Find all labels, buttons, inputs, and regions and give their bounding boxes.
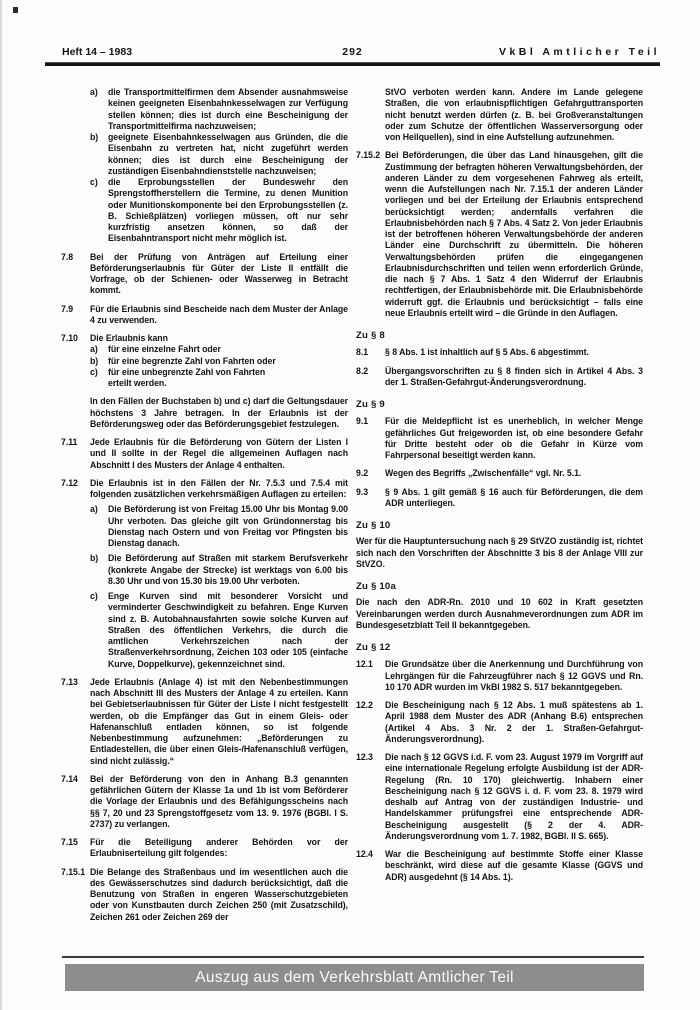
footer-rule bbox=[62, 956, 644, 958]
section-number: 7.10 bbox=[61, 333, 90, 389]
list-item-label: a) bbox=[90, 504, 108, 549]
list-item: b) geeignete Eisenbahnkesselwagen aus Gr… bbox=[90, 132, 348, 177]
list-item: c) Enge Kurven sind mit besonderer Vorsi… bbox=[90, 591, 348, 670]
section-number: 12.3 bbox=[356, 752, 385, 842]
section-number: 7.8 bbox=[61, 252, 90, 297]
note-paragraph: In den Fällen der Buchstaben b) und c) d… bbox=[90, 396, 348, 430]
continuation-paragraph: StVO verboten werden kann. Andere im Lan… bbox=[385, 87, 643, 143]
section-text-tail: erteilt werden. bbox=[108, 378, 348, 389]
section-item-7-15-1: 7.15.1 Die Belange des Straßenbaus und i… bbox=[61, 867, 348, 923]
scan-edge-shadow bbox=[0, 0, 2, 1010]
section-number: 9.1 bbox=[356, 416, 385, 461]
section-number: 7.15.2 bbox=[356, 150, 385, 319]
section-item-9-2: 9.2 Wegen des Begriffs „Zwischenfälle“ v… bbox=[356, 468, 643, 479]
section-text: Wegen des Begriffs „Zwischenfälle“ vgl. … bbox=[385, 468, 643, 479]
section-body: Die Erlaubnis kann a) für eine einzelne … bbox=[90, 333, 348, 389]
section-number: 8.2 bbox=[356, 366, 385, 389]
section-item-7-10: 7.10 Die Erlaubnis kann a) für eine einz… bbox=[61, 333, 348, 389]
list-item: a) für eine einzelne Fahrt oder bbox=[90, 344, 348, 355]
section-number: 7.15 bbox=[61, 837, 90, 860]
list-item-text: geeignete Eisenbahnkesselwagen aus Gründ… bbox=[108, 132, 348, 177]
section-text: Bei der Prüfung von Anträgen auf Erteilu… bbox=[90, 252, 348, 297]
section-item-7-12: 7.12 Die Erlaubnis ist in den Fällen der… bbox=[61, 478, 348, 670]
section-text: Jede Erlaubnis für die Beförderung von G… bbox=[90, 437, 348, 471]
heading-zu-par-12: Zu § 12 bbox=[356, 642, 643, 653]
section-item-12-3: 12.3 Die nach § 12 GGVS i.d. F. vom 23. … bbox=[356, 752, 643, 842]
heading-zu-par-10a: Zu § 10a bbox=[356, 581, 643, 592]
section-item-9-1: 9.1 Für die Meldepflicht ist es unerhebl… bbox=[356, 416, 643, 461]
section-number: 12.4 bbox=[356, 849, 385, 883]
list-item-text: Enge Kurven sind mit besonderer Vorsicht… bbox=[108, 591, 348, 670]
list-item-label: b) bbox=[90, 132, 108, 177]
list-item-text: für eine begrenzte Zahl von Fahrten oder bbox=[108, 356, 348, 367]
list-item-label: c) bbox=[90, 367, 108, 378]
section-text: Die Erlaubnis ist in den Fällen der Nr. … bbox=[90, 478, 348, 501]
footer-banner: Auszug aus dem Verkehrsblatt Amtlicher T… bbox=[65, 964, 644, 991]
section-text: Für die Erlaubnis sind Bescheide nach de… bbox=[90, 304, 348, 327]
paragraph-zu-par-10: Wer für die Hauptuntersuchung nach § 29 … bbox=[356, 536, 643, 570]
list-item-text: die Erprobungsstellen der Bundeswehr den… bbox=[108, 177, 348, 245]
section-number: 7.12 bbox=[61, 478, 90, 670]
list-item: a) die Transportmittelfirmen dem Absende… bbox=[90, 87, 348, 132]
list-item-label: a) bbox=[90, 344, 108, 355]
section-text: Bei der Beförderung von den in Anhang B.… bbox=[90, 774, 348, 830]
list-item: c) die Erprobungsstellen der Bundeswehr … bbox=[90, 177, 348, 245]
section-item-7-9: 7.9 Für die Erlaubnis sind Bescheide nac… bbox=[61, 304, 348, 327]
section-item-8-2: 8.2 Übergangsvorschriften zu § 8 finden … bbox=[356, 366, 643, 389]
section-text: Für die Beteiligung anderer Behörden vor… bbox=[90, 837, 348, 860]
section-number: 7.9 bbox=[61, 304, 90, 327]
section-number: 12.2 bbox=[356, 700, 385, 745]
section-text: Die Belange des Straßenbaus und im wesen… bbox=[90, 867, 348, 923]
list-item: b) Die Beförderung auf Straßen mit stark… bbox=[90, 553, 348, 587]
section-text: Für die Meldepflicht ist es unerheblich,… bbox=[385, 416, 643, 461]
section-body: Die Erlaubnis ist in den Fällen der Nr. … bbox=[90, 478, 348, 670]
list-item-text: Die Beförderung ist von Freitag 15.00 Uh… bbox=[108, 504, 348, 549]
right-column: StVO verboten werden kann. Andere im Lan… bbox=[356, 87, 643, 883]
section-text: Die Erlaubnis kann bbox=[90, 333, 348, 344]
heading-zu-par-9: Zu § 9 bbox=[356, 399, 643, 410]
section-number: 9.2 bbox=[356, 468, 385, 479]
section-number: 7.14 bbox=[61, 774, 90, 830]
list-item-text: für eine unbegrenzte Zahl von Fahrten bbox=[108, 367, 348, 378]
heading-zu-par-10: Zu § 10 bbox=[356, 520, 643, 531]
list-item-label: a) bbox=[90, 87, 108, 132]
section-text: Übergangsvorschriften zu § 8 finden sich… bbox=[385, 366, 643, 389]
section-item-8-1: 8.1 § 8 Abs. 1 ist inhaltlich auf § 5 Ab… bbox=[356, 347, 643, 358]
section-item-7-15: 7.15 Für die Beteiligung anderer Behörde… bbox=[61, 837, 348, 860]
journal-title: VkBl Amtlicher Teil bbox=[499, 46, 660, 58]
section-number: 12.1 bbox=[356, 659, 385, 693]
carryover-list: a) die Transportmittelfirmen dem Absende… bbox=[90, 87, 348, 245]
section-text: Die Bescheinigung nach § 12 Abs. 1 muß s… bbox=[385, 700, 643, 745]
section-text: Jede Erlaubnis (Anlage 4) ist mit den Ne… bbox=[90, 677, 348, 767]
section-item-7-8: 7.8 Bei der Prüfung von Anträgen auf Ert… bbox=[61, 252, 348, 297]
section-text: § 9 Abs. 1 gilt gemäß § 16 auch für Befö… bbox=[385, 487, 643, 510]
section-text: Bei Beförderungen, die über das Land hin… bbox=[385, 150, 643, 319]
list-item: a) Die Beförderung ist von Freitag 15.00… bbox=[90, 504, 348, 549]
list-item-text: die Transportmittelfirmen dem Absender a… bbox=[108, 87, 348, 132]
section-number: 7.15.1 bbox=[61, 867, 90, 923]
paragraph-zu-par-10a: Die nach den ADR-Rn. 2010 und 10 602 in … bbox=[356, 597, 643, 631]
list-item: b) für eine begrenzte Zahl von Fahrten o… bbox=[90, 356, 348, 367]
list-item-label: b) bbox=[90, 356, 108, 367]
section-item-7-14: 7.14 Bei der Beförderung von den in Anha… bbox=[61, 774, 348, 830]
section-text: Die Grundsätze über die Anerkennung und … bbox=[385, 659, 643, 693]
section-number: 7.13 bbox=[61, 677, 90, 767]
section-item-7-15-2: 7.15.2 Bei Beförderungen, die über das L… bbox=[356, 150, 643, 319]
header-rule bbox=[45, 62, 660, 66]
list-item-text: für eine einzelne Fahrt oder bbox=[108, 344, 348, 355]
section-item-7-13: 7.13 Jede Erlaubnis (Anlage 4) ist mit d… bbox=[61, 677, 348, 767]
section-item-12-4: 12.4 War die Bescheinigung auf bestimmte… bbox=[356, 849, 643, 883]
gazette-page: Heft 14 – 1983 292 VkBl Amtlicher Teil a… bbox=[0, 0, 700, 1010]
page-header: Heft 14 – 1983 292 VkBl Amtlicher Teil bbox=[45, 46, 660, 62]
section-number: 9.3 bbox=[356, 487, 385, 510]
list-item-text: Die Beförderung auf Straßen mit starkem … bbox=[108, 553, 348, 587]
section-number: 8.1 bbox=[356, 347, 385, 358]
heading-zu-par-8: Zu § 8 bbox=[356, 330, 643, 341]
list-item-label: b) bbox=[90, 553, 108, 587]
section-item-9-3: 9.3 § 9 Abs. 1 gilt gemäß § 16 auch für … bbox=[356, 487, 643, 510]
scan-artifact bbox=[13, 7, 18, 13]
list-item-label: c) bbox=[90, 591, 108, 670]
section-item-12-2: 12.2 Die Bescheinigung nach § 12 Abs. 1 … bbox=[356, 700, 643, 745]
list-item: c) für eine unbegrenzte Zahl von Fahrten bbox=[90, 367, 348, 378]
section-text: War die Bescheinigung auf bestimmte Stof… bbox=[385, 849, 643, 883]
section-text: Die nach § 12 GGVS i.d. F. vom 23. Augus… bbox=[385, 752, 643, 842]
section-item-12-1: 12.1 Die Grundsätze über die Anerkennung… bbox=[356, 659, 643, 693]
section-text: § 8 Abs. 1 ist inhaltlich auf § 5 Abs. 6… bbox=[385, 347, 643, 358]
list-item-label: c) bbox=[90, 177, 108, 245]
section-item-7-11: 7.11 Jede Erlaubnis für die Beförderung … bbox=[61, 437, 348, 471]
left-column: a) die Transportmittelfirmen dem Absende… bbox=[61, 87, 348, 923]
section-number: 7.11 bbox=[61, 437, 90, 471]
